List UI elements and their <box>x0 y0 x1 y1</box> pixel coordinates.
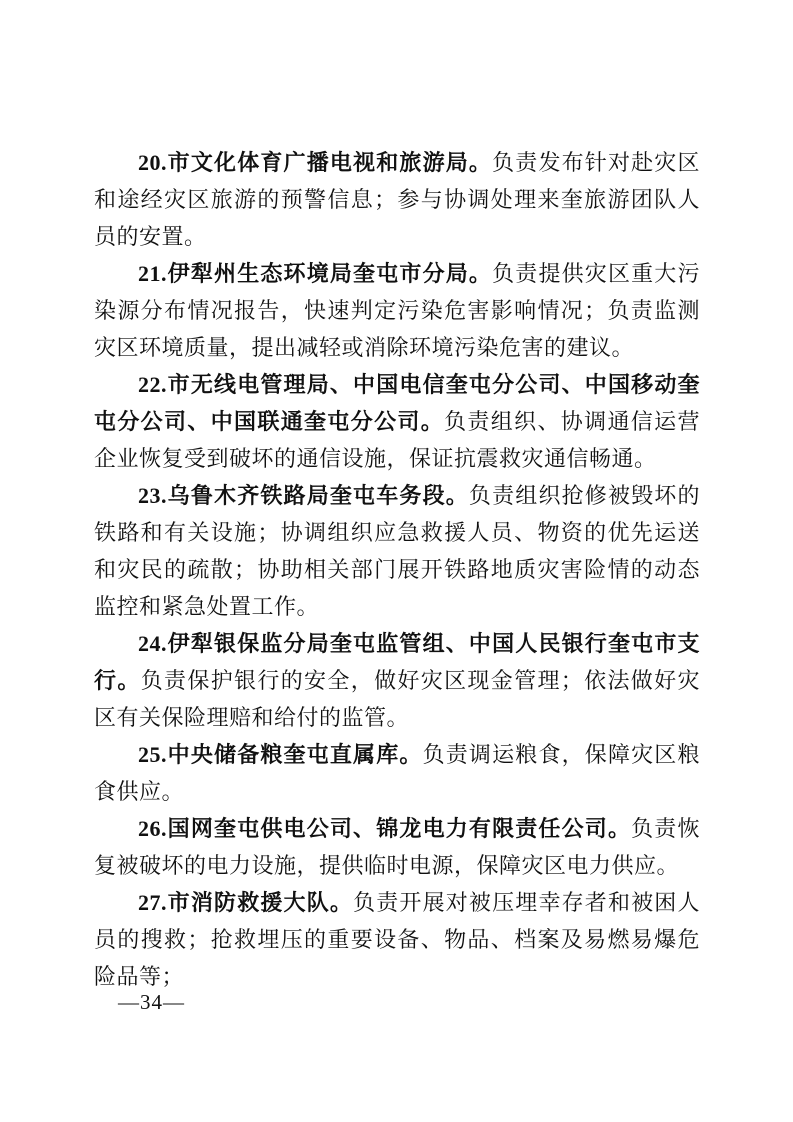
page-number: —34— <box>118 989 185 1015</box>
document-body: 20.市文化体育广播电视和旅游局。负责发布针对赴灾区和途经灾区旅游的预警信息；参… <box>94 144 700 995</box>
paragraph-item-24: 24.伊犁银保监分局奎屯监管组、中国人民银行奎屯市支行。负责保护银行的安全，做好… <box>94 625 700 736</box>
item-21-heading: 21.伊犁州生态环境局奎屯市分局。 <box>138 261 492 286</box>
paragraph-item-21: 21.伊犁州生态环境局奎屯市分局。负责提供灾区重大污染源分布情况报告，快速判定污… <box>94 255 700 366</box>
paragraph-item-25: 25.中央储备粮奎屯直属库。负责调运粮食，保障灾区粮食供应。 <box>94 736 700 810</box>
item-26-heading: 26.国网奎屯供电公司、锦龙电力有限责任公司。 <box>138 816 631 841</box>
item-27-heading: 27.市消防救援大队。 <box>138 890 353 915</box>
paragraph-item-27: 27.市消防救援大队。负责开展对被压埋幸存者和被困人员的搜救；抢救埋压的重要设备… <box>94 884 700 995</box>
document-page: 20.市文化体育广播电视和旅游局。负责发布针对赴灾区和途经灾区旅游的预警信息；参… <box>0 0 793 1122</box>
paragraph-item-20: 20.市文化体育广播电视和旅游局。负责发布针对赴灾区和途经灾区旅游的预警信息；参… <box>94 144 700 255</box>
paragraph-item-23: 23.乌鲁木齐铁路局奎屯车务段。负责组织抢修被毁坏的铁路和有关设施；协调组织应急… <box>94 477 700 625</box>
paragraph-item-26: 26.国网奎屯供电公司、锦龙电力有限责任公司。负责恢复被破坏的电力设施，提供临时… <box>94 810 700 884</box>
item-20-heading: 20.市文化体育广播电视和旅游局。 <box>138 150 492 175</box>
item-24-text: 负责保护银行的安全，做好灾区现金管理；依法做好灾区有关保险理赔和给付的监管。 <box>94 668 700 730</box>
item-25-heading: 25.中央储备粮奎屯直属库。 <box>138 742 423 767</box>
item-23-heading: 23.乌鲁木齐铁路局奎屯车务段。 <box>138 483 469 508</box>
paragraph-item-22: 22.市无线电管理局、中国电信奎屯分公司、中国移动奎屯分公司、中国联通奎屯分公司… <box>94 366 700 477</box>
